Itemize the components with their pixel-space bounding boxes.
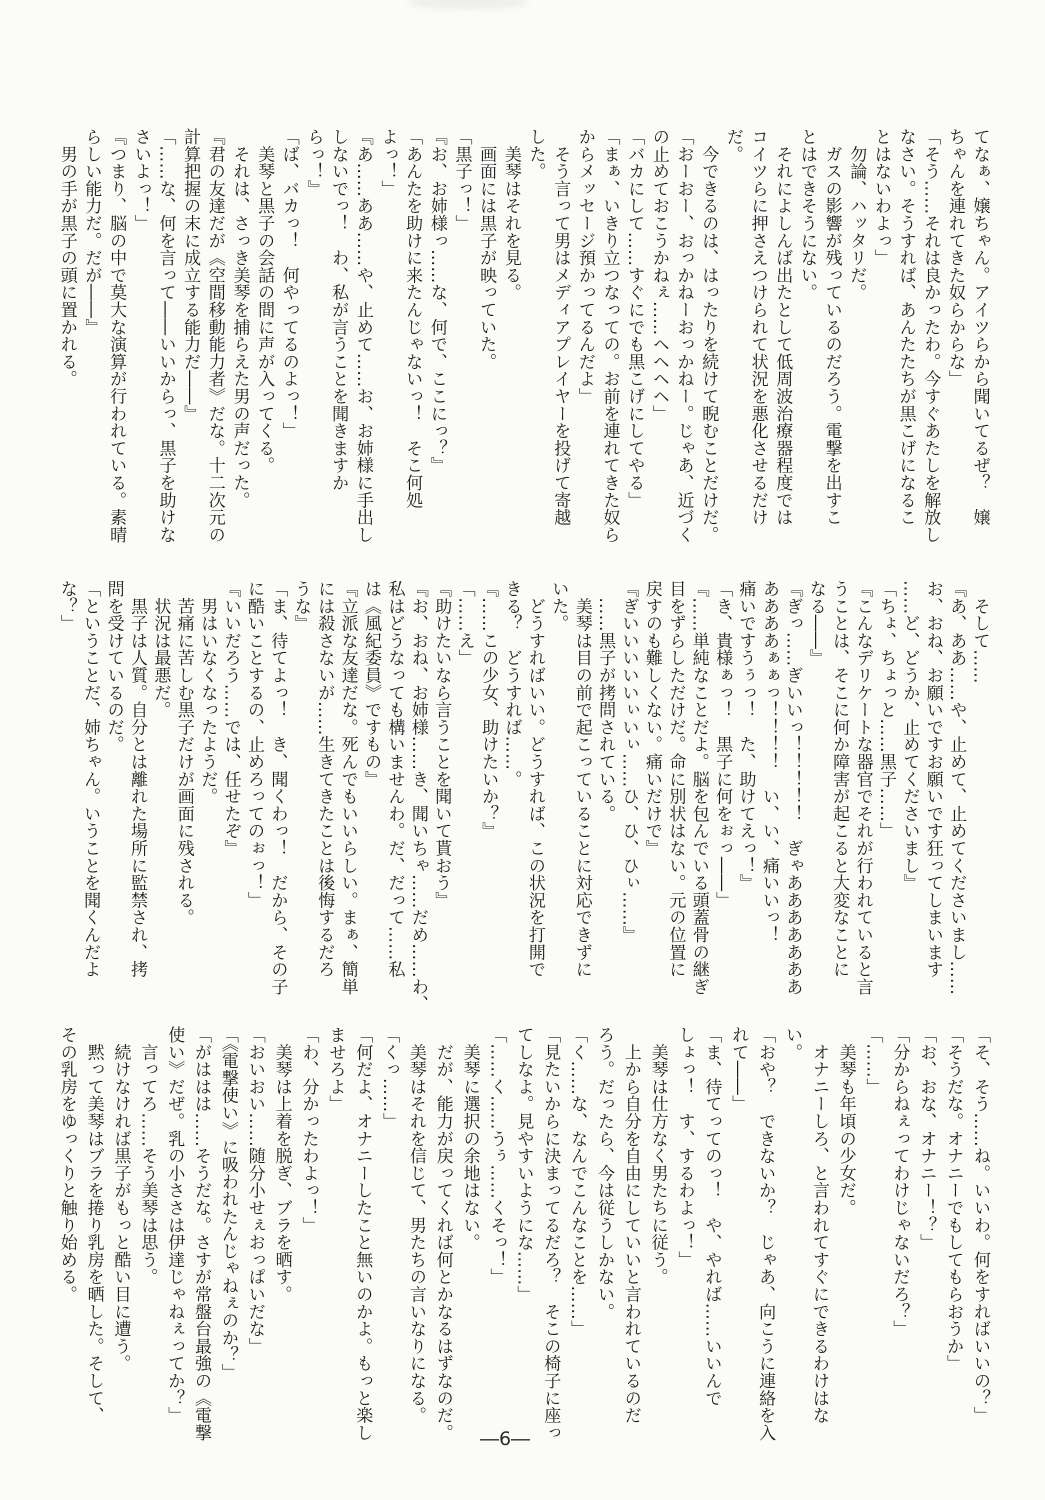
page-number: ―6― [0, 1428, 1010, 1450]
text-column: 状況は最悪だ。 [149, 580, 171, 1004]
text-column: 「く……な、なんでこんなことを……」 [565, 1026, 587, 1432]
text-column: なさい。そうすれば、あんたたちが黒こげになるこ [894, 128, 916, 548]
text-column: お、おね、お願いですお願いです狂ってしまいます [921, 580, 943, 1004]
text-column: どうすればいい。どうすれば、この状況を打開で [523, 580, 545, 1004]
text-column: 「分からねぇってわけじゃないだろ？」 [888, 1026, 910, 1432]
text-column: に酷いことするの、止めろってのぉっ！」 [242, 580, 264, 1004]
text-column: なる――』 [804, 580, 826, 1004]
text-column: 男はいなくなったようだ。 [195, 580, 217, 1004]
text-column: それによしんば出たとして低周波治療器程度では [770, 128, 792, 548]
text-column: 「黒子っ！」 [450, 128, 472, 548]
text-column: ませろよ」 [324, 1026, 346, 1432]
text-column: 上から自分を自由にしていいと言われているのだ [619, 1026, 641, 1432]
text-block-middle: そして……『あ、ああ……や、止めて、止めてくださいまし……お、おね、お願いですお… [55, 580, 990, 1004]
text-column: 私はどうなっても構いませんわ。だ、だって……私 [383, 580, 405, 1004]
text-column: 勿論、ハッタリだ。 [845, 128, 867, 548]
text-column: 使い》だぜ。乳の小ささは伊達じゃねぇってか？」 [162, 1026, 184, 1432]
text-column: は《風紀委員》ですもの』 [359, 580, 381, 1004]
text-column: 『お、おね、お姉様……き、聞いちゃ……だめ……わ、 [406, 580, 428, 1004]
text-column: しないでっ！ わ、私が言うことを聞きますか [326, 128, 348, 548]
text-column: オナニーしろ、と言われてすぐにできるわけはな [807, 1026, 829, 1432]
text-column: からメッセージ預かってるんだよ」 [573, 128, 595, 548]
text-column: 『つまり、脳の中で莫大な演算が行われている。素晴 [104, 128, 126, 548]
text-column: 「……な、何を言って――いいからっ、黒子を助けな [154, 128, 176, 548]
text-column: 美琴も年頃の少女だ。 [834, 1026, 856, 1432]
text-column: 戻すのも難しくない。痛いだけで』 [640, 580, 662, 1004]
text-column: 「……く……うぅ……くそっ！」 [485, 1026, 507, 1432]
text-column: よっ！」 [376, 128, 398, 548]
text-column: 「……」 [861, 1026, 883, 1432]
text-column: うことは、そこに何か障害が起こると大変なことに [827, 580, 849, 1004]
text-column: ガスの影響が残っているのだろう。電撃を出すこ [820, 128, 842, 548]
scanned-novel-page: てなぁ、嬢ちゃん。アイツらから聞いてるぜ？ 嬢ちゃんを連れてきた奴らからな」「そ… [0, 0, 1045, 1500]
text-column: 美琴は仕方なく男たちに従う。 [646, 1026, 668, 1432]
text-column: 美琴はそれを信じて、男たちの言いなりになる。 [404, 1026, 426, 1432]
text-column: 『あ、ああ……や、止めて、止めてくださいまし…… [944, 580, 966, 1004]
text-column: 『ぎいいいいいぃいぃ……ひ、ひ、ひぃ……』 [617, 580, 639, 1004]
text-column: それは、さっき美琴を捕らえた男の声だった。 [228, 128, 250, 548]
text-column: 『……単純なことだよ。脳を包んでいる頭蓋骨の継ぎ [687, 580, 709, 1004]
text-column: しょっ！ す、するわよっ！」 [673, 1026, 695, 1432]
text-column: 『いいだろう……では、任せたぞ』 [219, 580, 241, 1004]
text-column: 「がははは……そうだな。さすが常盤台最強の《電撃 [189, 1026, 211, 1432]
text-column: てしなよ。見やすいようにな……」 [512, 1026, 534, 1432]
text-column: 「ということだ、姉ちゃん。いうことを聞くんだよ [78, 580, 100, 1004]
text-column: 美琴に選択の余地はない。 [458, 1026, 480, 1432]
text-column: れて――」 [726, 1026, 748, 1432]
text-column: 『あ……ああ……や、止めて……お、お姉様に手出し [351, 128, 373, 548]
text-column: ちゃんを連れてきた奴らからな」 [943, 128, 965, 548]
text-column: 言ってろ……そう美琴は思う。 [136, 1026, 158, 1432]
text-column: てなぁ、嬢ちゃん。アイツらから聞いてるぜ？ 嬢 [968, 128, 990, 548]
text-column: 「まぁ、いきり立つなっての。お前を連れてきた奴ら [598, 128, 620, 548]
text-column: 「ちょ、ちょっと……黒子……」 [874, 580, 896, 1004]
text-column: 目をずらしただけだ。命に別状はない。元の位置に [664, 580, 686, 1004]
text-column: 『お、お姉様っ……な、何で、ここにっ？』 [425, 128, 447, 548]
text-column: 黒子は人質。自分とは離れた場所に監禁され、拷 [125, 580, 147, 1004]
text-column: ああああぁぁっ！！！！ い、い、痛いいっ！ [757, 580, 779, 1004]
text-column: 「ば、バカっ！ 何やってるのよっ！」 [277, 128, 299, 548]
text-column: 「お、おな、オナニー！？」 [915, 1026, 937, 1432]
text-column: 「そうだな。オナニーでもしてもらおうか」 [941, 1026, 963, 1432]
text-column: きる？ どうすれば……。 [500, 580, 522, 1004]
text-column: 問を受けているのだ。 [102, 580, 124, 1004]
text-column: 「ま、待てってのっ！ や、やれば……いいんで [700, 1026, 722, 1432]
text-column: だ。 [721, 128, 743, 548]
text-column: い。 [780, 1026, 802, 1432]
text-column: 「見たいからに決まってるだろ？ そこの椅子に座っ [538, 1026, 560, 1432]
text-column: 『……この少女、助けたいか？』 [476, 580, 498, 1004]
text-column: 『立派な友達だな。死んでもいいらしい。まぁ、簡単 [336, 580, 358, 1004]
text-column: の止めておこうかねぇ……ヘヘヘヘ」 [647, 128, 669, 548]
text-column: 『ぎっ……ぎいいっ！！！！！ ぎゃあああああああ [781, 580, 803, 1004]
text-column: だが、能力が戻ってくれば何とかなるはずなのだ。 [431, 1026, 453, 1432]
text-column: 黙って美琴はブラを捲り乳房を晒した。そして、 [82, 1026, 104, 1432]
text-column: らっ！』 [302, 128, 324, 548]
text-column: 『こんなデリケートな器官でそれが行われていると言 [851, 580, 873, 1004]
text-column: 「おいおい……随分小せぇおっぱいだな」 [243, 1026, 265, 1432]
text-column: ……ど、どうか、止めてくださいまし』 [898, 580, 920, 1004]
text-column: 今できるのは、はったりを続けて睨むことだけだ。 [696, 128, 718, 548]
text-column: らしい能力だ。だが――』 [80, 128, 102, 548]
text-column: さいよっ！」 [129, 128, 151, 548]
text-column: うな』 [289, 580, 311, 1004]
text-column: 『助けたいなら言うことを聞いて貰おう』 [430, 580, 452, 1004]
text-column: 「何だよ、オナニーしたこと無いのかよ。もっと楽し [350, 1026, 372, 1432]
text-column: 「バカにして……すぐにでも黒こげにしてやる」 [622, 128, 644, 548]
text-column: いた。 [547, 580, 569, 1004]
text-column: 「《電撃使い》に吸われたんじゃねぇのか？」 [216, 1026, 238, 1432]
scan-smudge-artifact [408, 0, 528, 10]
text-column: 「くっ……」 [377, 1026, 399, 1432]
text-column: 美琴は上着を脱ぎ、ブラを晒す。 [270, 1026, 292, 1432]
text-column: 「おーおー、おっかねーおっかねー。じゃあ、近づく [672, 128, 694, 548]
text-column: 画面には黒子が映っていた。 [474, 128, 496, 548]
text-column: 『君の友達だが《空間移動能力者》だな。十二次元の [203, 128, 225, 548]
text-column: した。 [524, 128, 546, 548]
text-column: そう言って男はメディアプレイヤーを投げて寄越 [548, 128, 570, 548]
text-column: 「そ、そう……ね。いいわ。何をすればいいの？」 [968, 1026, 990, 1432]
text-column: 「そう……それは良かったわ。今すぐあたしを解放し [919, 128, 941, 548]
text-column: 「ま、待てよっ！ き、聞くわっ！ だから、その子 [266, 580, 288, 1004]
text-column: 「……え」 [453, 580, 475, 1004]
text-column: ……黒子が拷問されている。 [593, 580, 615, 1004]
text-column: 「わ、分かったわよっ！」 [297, 1026, 319, 1432]
text-column: 「き、貴様ぁっ！ 黒子に何をぉっ――」 [710, 580, 732, 1004]
text-column: 続けなければ黒子がもっと酷い目に遭う。 [109, 1026, 131, 1432]
text-column: 美琴と黒子の会話の間に声が入ってくる。 [252, 128, 274, 548]
text-column: 「あんたを助けに来たんじゃないっ！ そこ何処 [400, 128, 422, 548]
text-column: そして…… [968, 580, 990, 1004]
text-column: とはできそうにない。 [795, 128, 817, 548]
text-column: とはないわよっ」 [869, 128, 891, 548]
text-block-top: てなぁ、嬢ちゃん。アイツらから聞いてるぜ？ 嬢ちゃんを連れてきた奴らからな」「そ… [55, 128, 990, 548]
text-column: 計算把握の末に成立する能力だ――』 [178, 128, 200, 548]
text-column: 男の手が黒子の頭に置かれる。 [55, 128, 77, 548]
text-column: 痛いですうぅっ！ た、助けてえっ！』 [734, 580, 756, 1004]
text-column: ろう。だったら、今は従うしかない。 [592, 1026, 614, 1432]
text-block-bottom: 「そ、そう……ね。いいわ。何をすればいいの？」「そうだな。オナニーでもしてもらお… [55, 1026, 990, 1432]
text-column: には殺さないが……生きてきたことは後悔するだろ [312, 580, 334, 1004]
text-column: 美琴はそれを見る。 [499, 128, 521, 548]
text-column: 苦痛に苦しむ黒子だけが画面に残される。 [172, 580, 194, 1004]
text-column: その乳房をゆっくりと触り始める。 [55, 1026, 77, 1432]
text-column: コイツらに押さえつけられて状況を悪化させるだけ [746, 128, 768, 548]
text-column: 「おや？ できないか？ じゃあ、向こうに連絡を入 [753, 1026, 775, 1432]
text-column: 美琴は目の前で起こっていることに対応できずに [570, 580, 592, 1004]
text-column: な？」 [55, 580, 77, 1004]
